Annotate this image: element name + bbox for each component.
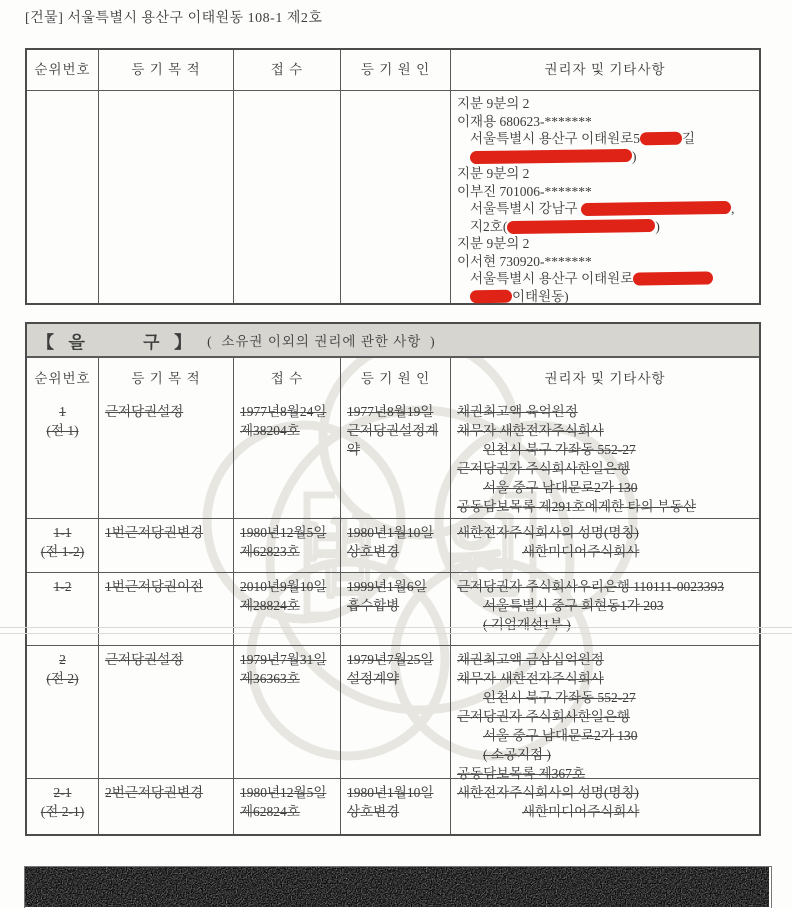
cell-text: 공동담보목록 제291호에게한 타의 부동산 [457, 497, 753, 516]
registry-row: 2-1(전 2-1)2번근저당권변경1980년12월5일제62824호1980년… [27, 778, 759, 834]
cell-text: 제36363호 [240, 669, 334, 688]
rights-text: 서울특별시 강남구 [470, 201, 581, 216]
cell-text: 채무자 새한전자주식회사 [457, 421, 753, 440]
cell-text: 근저당권설정 [105, 402, 227, 421]
eul-section-table: 【 을 구 】 ( 소유권 이외의 권리에 관한 사항 ) 순위번호 등 기 목… [25, 322, 761, 836]
cell-text: 1979년7월31일 [240, 650, 334, 669]
cell-text: 새한미디어주식회사 [457, 802, 753, 821]
col-rank-no: 순위번호 [27, 50, 99, 90]
cell-rank: 1(전 1) [27, 398, 99, 518]
cell-text: (전 1-2) [33, 542, 92, 561]
cell-text: 서울 중구 남대문로2가 130 [457, 478, 753, 497]
rights-line: 이부진 701006-******* [457, 183, 753, 201]
cell-text: 제28824호 [240, 596, 334, 615]
cell-rank: 1-2 [27, 573, 99, 645]
cell-text: 1977년8월24일 [240, 402, 334, 421]
cell-text: 1999년1월6일 [347, 577, 444, 596]
scan-artifact-line [0, 633, 792, 634]
rights-text: 이서현 730920-******* [457, 254, 592, 269]
rights-line: 이서현 730920-******* [457, 253, 753, 271]
redaction-mark [470, 148, 632, 163]
col-receipt: 접 수 [234, 358, 341, 398]
cell-rank [27, 91, 99, 303]
cell-purpose: 근저당권설정 [99, 646, 234, 778]
rights-line: 지분 9분의 2 [457, 235, 753, 253]
cell-rank: 1-1(전 1-2) [27, 519, 99, 572]
registry-row: 1-1(전 1-2)1번근저당권변경1980년12월5일제62823호1980년… [27, 518, 759, 572]
cell-text: 근저당권설정계약 [347, 421, 444, 459]
cell-cause [341, 91, 451, 303]
rights-text: 지분 9분의 2 [457, 236, 529, 251]
rights-text: 이부진 701006-******* [457, 184, 592, 199]
rights-text: ) [655, 219, 660, 234]
cell-cause: 1977년8월19일근저당권설정계약 [341, 398, 451, 518]
cell-text: 1980년1월10일 [347, 783, 444, 802]
cell-purpose: 1번근저당권이전 [99, 573, 234, 645]
redaction-mark [507, 218, 655, 233]
rights-line: 이태원동) [457, 288, 753, 306]
cell-text: 2010년9월10일 [240, 577, 334, 596]
rights-text: 길 [682, 131, 695, 146]
cell-text: 채권최고액 육억원정 [457, 402, 753, 421]
cell-receipt: 1979년7월31일제36363호 [234, 646, 341, 778]
cell-cause: 1980년1월10일상호변경 [341, 779, 451, 834]
rights-text: 지분 9분의 2 [457, 96, 529, 111]
cell-text: 제62824호 [240, 802, 334, 821]
rights-text: 이재용 680623-******* [457, 114, 592, 129]
cell-receipt: 1980년12월5일제62823호 [234, 519, 341, 572]
redacted-noise-bar [24, 866, 772, 908]
cell-text: (전 2) [33, 669, 92, 688]
cell-text: 제62823호 [240, 542, 334, 561]
col-cause: 등 기 원 인 [341, 358, 451, 398]
rights-text: 서울특별시 용산구 이태원로5 [470, 131, 640, 146]
cell-rank: 2(전 2) [27, 646, 99, 778]
cell-text: ( 소공지점 ) [457, 745, 753, 764]
rights-line: 서울특별시 용산구 이태원로5길 [457, 130, 753, 148]
registry-row: 2(전 2)근저당권설정1979년7월31일제36363호1979년7월25일설… [27, 645, 759, 778]
rights-line: 지2호() [457, 218, 753, 236]
redaction-mark [640, 132, 682, 146]
cell-text: 인천시 북구 가좌동 552-27 [457, 688, 753, 707]
rights-line: 서울특별시 강남구 , [457, 200, 753, 218]
rights-line: 지분 9분의 2 [457, 95, 753, 113]
col-rights-holder: 권리자 및 기타사항 [451, 358, 759, 398]
cell-text: 2-1 [33, 783, 92, 802]
cell-text: 상호변경 [347, 802, 444, 821]
cell-rights-holder: 새한전자주식회사의 성명(명칭)새한미디어주식회사 [451, 519, 759, 572]
registry-row: 1-21번근저당권이전2010년9월10일제28824호1999년1월6일흡수합… [27, 572, 759, 645]
document-title: [건물] 서울특별시 용산구 이태원동 108-1 제2호 [25, 7, 322, 27]
cell-text: 1980년1월10일 [347, 523, 444, 542]
cell-text: 1980년12월5일 [240, 783, 334, 802]
cell-rights-holder: 지분 9분의 2이재용 680623-*******서울특별시 용산구 이태원로… [451, 91, 759, 303]
cell-rights-holder: 채권최고액 육억원정채무자 새한전자주식회사인천시 북구 가좌동 552-27근… [451, 398, 759, 518]
cell-receipt: 1980년12월5일제62824호 [234, 779, 341, 834]
eul-section-title: 【 을 구 】 [37, 328, 193, 353]
cell-text: 1-2 [33, 577, 92, 596]
cell-text: 새한전자주식회사의 성명(명칭) [457, 783, 753, 802]
cell-cause: 1980년1월10일상호변경 [341, 519, 451, 572]
cell-rights-holder: 채권최고액 금삼십억원정채무자 새한전자주식회사인천시 북구 가좌동 552-2… [451, 646, 759, 778]
rights-text: 지2호( [470, 219, 507, 234]
col-cause: 등 기 원 인 [341, 50, 451, 90]
cell-rank: 2-1(전 2-1) [27, 779, 99, 834]
ownership-table-header: 순위번호 등 기 목 적 접 수 등 기 원 인 권리자 및 기타사항 [27, 50, 759, 90]
ownership-row: 지분 9분의 2이재용 680623-*******서울특별시 용산구 이태원로… [27, 90, 759, 303]
cell-receipt: 2010년9월10일제28824호 [234, 573, 341, 645]
cell-purpose [99, 91, 234, 303]
cell-cause: 1999년1월6일흡수합병 [341, 573, 451, 645]
col-registration-purpose: 등 기 목 적 [99, 358, 234, 398]
ownership-table: 순위번호 등 기 목 적 접 수 등 기 원 인 권리자 및 기타사항 지분 9… [25, 48, 761, 305]
cell-text: 서울특별시 중구 회현동1가 203 [457, 596, 753, 615]
cell-text: 채권최고액 금삼십억원정 [457, 650, 753, 669]
cell-text: 근저당권설정 [105, 650, 227, 669]
cell-text: 서울 중구 남대문로2가 130 [457, 726, 753, 745]
scan-artifact-line [0, 627, 792, 628]
col-registration-purpose: 등 기 목 적 [99, 50, 234, 90]
rights-text: 이태원동) [512, 289, 569, 304]
cell-text: 상호변경 [347, 542, 444, 561]
cell-text: (전 2-1) [33, 802, 92, 821]
cell-text: 인천시 북구 가좌동 552-27 [457, 440, 753, 459]
cell-purpose: 근저당권설정 [99, 398, 234, 518]
rights-text: , [731, 201, 734, 216]
cell-text: 채무자 새한전자주식회사 [457, 669, 753, 688]
cell-text: 새한전자주식회사의 성명(명칭) [457, 523, 753, 542]
rights-line: ) [457, 148, 753, 166]
cell-text: 설정계약 [347, 669, 444, 688]
cell-text: (전 1) [33, 421, 92, 440]
cell-text: 1번근저당권이전 [105, 577, 227, 596]
redaction-mark [581, 201, 731, 216]
cell-purpose: 1번근저당권변경 [99, 519, 234, 572]
col-rights-holder: 권리자 및 기타사항 [451, 50, 759, 90]
cell-text: 새한미디어주식회사 [457, 542, 753, 561]
rights-text: 지분 9분의 2 [457, 166, 529, 181]
redaction-mark [633, 271, 713, 285]
cell-receipt: 1977년8월24일제38204호 [234, 398, 341, 518]
cell-text: 흡수합병 [347, 596, 444, 615]
cell-text: 1979년7월25일 [347, 650, 444, 669]
cell-text: 근저당권자 주식회사한일은행 [457, 707, 753, 726]
rights-text: ) [632, 149, 637, 164]
cell-cause: 1979년7월25일설정계약 [341, 646, 451, 778]
registry-row: 1(전 1)근저당권설정1977년8월24일제38204호1977년8월19일근… [27, 398, 759, 518]
cell-text: 1980년12월5일 [240, 523, 334, 542]
redaction-mark [470, 289, 512, 303]
col-receipt: 접 수 [234, 50, 341, 90]
eul-section-subtitle: ( 소유권 이외의 권리에 관한 사항 ) [207, 330, 436, 350]
eul-section-band: 【 을 구 】 ( 소유권 이외의 권리에 관한 사항 ) [27, 324, 759, 357]
eul-table-header: 순위번호 등 기 목 적 접 수 등 기 원 인 권리자 및 기타사항 [27, 357, 759, 398]
cell-text: 2 [33, 650, 92, 669]
cell-text: 제38204호 [240, 421, 334, 440]
cell-text: 근저당권자 주식회사우리은행 110111-0023393 [457, 577, 753, 596]
cell-purpose: 2번근저당권변경 [99, 779, 234, 834]
cell-rights-holder: 근저당권자 주식회사우리은행 110111-0023393서울특별시 중구 회현… [451, 573, 759, 645]
cell-text: 1번근저당권변경 [105, 523, 227, 542]
col-rank-no: 순위번호 [27, 358, 99, 398]
cell-text: 1-1 [33, 523, 92, 542]
rights-line: 이재용 680623-******* [457, 113, 753, 131]
cell-text: ( 기업개선1부 ) [457, 615, 753, 634]
cell-rights-holder: 새한전자주식회사의 성명(명칭)새한미디어주식회사 [451, 779, 759, 834]
rights-line: 서울특별시 용산구 이태원로 [457, 270, 753, 288]
cell-text: 근저당권자 주식회사한일은행 [457, 459, 753, 478]
cell-text: 2번근저당권변경 [105, 783, 227, 802]
cell-receipt [234, 91, 341, 303]
cell-text: 1 [33, 402, 92, 421]
cell-text: 1977년8월19일 [347, 402, 444, 421]
rights-text: 서울특별시 용산구 이태원로 [470, 271, 633, 286]
rights-line: 지분 9분의 2 [457, 165, 753, 183]
